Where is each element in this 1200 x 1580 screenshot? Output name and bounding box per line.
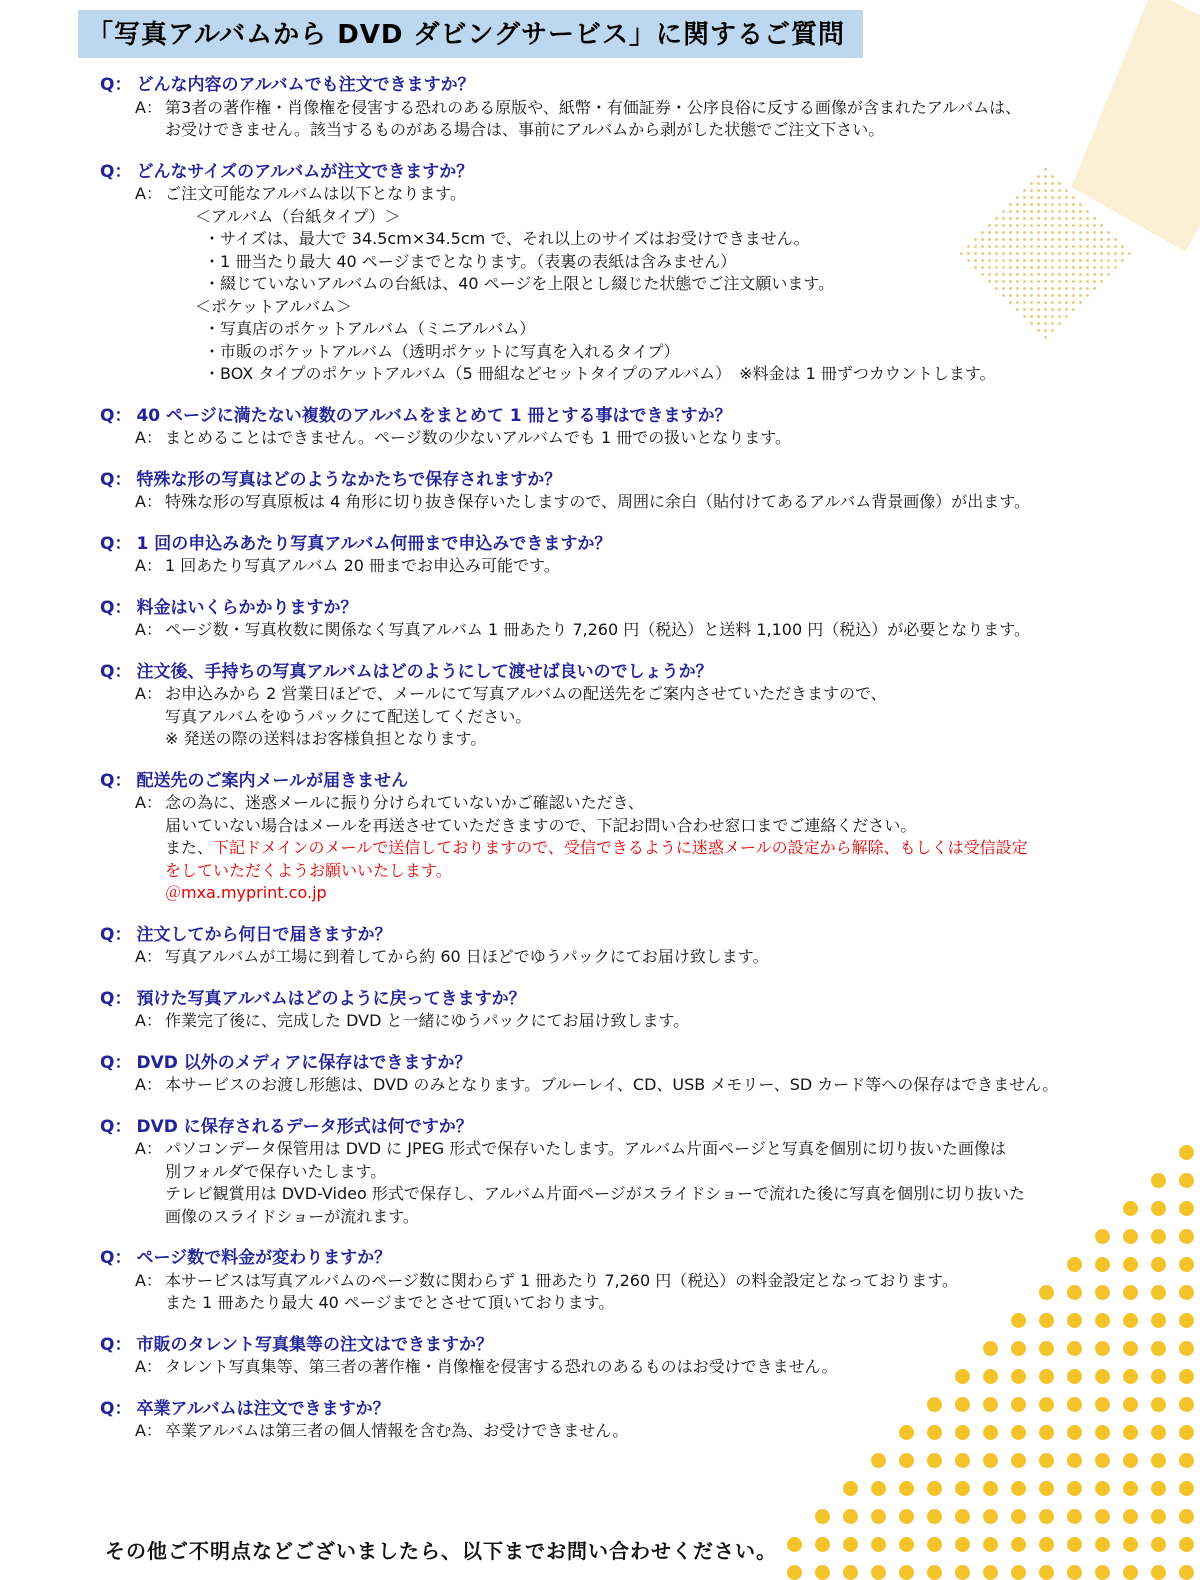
faq-block: Q：市販のタレント写真集等の注文はできますか？A：タレント写真集等、第三者の著作… xyxy=(100,1334,1190,1379)
answer-line: 写真アルバムをゆうパックにて配送してください。 xyxy=(100,706,1190,729)
faq-list: Q：どんな内容のアルバムでも注文できますか？A：第3者の著作権・肖像権を侵害する… xyxy=(100,74,1190,1564)
question-text: 特殊な形の写真はどのようなかたちで保存されますか？ xyxy=(136,470,561,490)
faq-block: Q：ページ数で料金が変わりますか？A：本サービスは写真アルバムのページ数に関わら… xyxy=(100,1247,1190,1315)
question-row: Q：配送先のご案内メールが届きません xyxy=(100,770,1190,793)
faq-block: Q：DVD に保存されるデータ形式は何ですか？A：パソコンデータ保管用は DVD… xyxy=(100,1116,1190,1229)
question-text: 料金はいくらかかりますか？ xyxy=(136,598,357,618)
answer-line: ・1 冊当たり最大 40 ページまでとなります。（表裏の表紙は含みません） xyxy=(100,251,1190,274)
answer-line: ・BOX タイプのポケットアルバム（5 冊組などセットタイプのアルバム） ※料金… xyxy=(100,363,1190,386)
answer-prefix: A： xyxy=(135,97,165,120)
answer-text: ・写真店のポケットアルバム（ミニアルバム） xyxy=(204,319,535,338)
question-prefix: Q： xyxy=(100,1053,131,1073)
question-prefix: Q： xyxy=(100,470,131,490)
answer-text: 念の為に、迷惑メールに振り分けられていないかご確認いただき、 xyxy=(165,793,644,812)
answer-text: 卒業アルバムは第三者の個人情報を含む為、お受けできません。 xyxy=(165,1421,628,1440)
answer-line: ※ 発送の際の送料はお客様負担となります。 xyxy=(100,728,1190,751)
question-row: Q：卒業アルバムは注文できますか？ xyxy=(100,1398,1190,1421)
faq-block: Q：DVD 以外のメディアに保存はできますか？A：本サービスのお渡し形態は、DV… xyxy=(100,1052,1190,1097)
footer-contact-note: その他ご不明点などございましたら、以下までお問い合わせください。 xyxy=(105,1535,1190,1564)
faq-block: Q：どんな内容のアルバムでも注文できますか？A：第3者の著作権・肖像権を侵害する… xyxy=(100,74,1190,142)
answer-text: 届いていない場合はメールを再送させていただきますので、下記お問い合わせ窓口までご… xyxy=(165,816,916,835)
answer-text: 画像のスライドショーが流れます。 xyxy=(165,1207,419,1226)
answer-prefix: A： xyxy=(135,183,165,206)
question-row: Q：預けた写真アルバムはどのように戻ってきますか？ xyxy=(100,988,1190,1011)
answer-text: お受けできません。該当するものがある場合は、事前にアルバムから剥がした状態でご注… xyxy=(165,120,884,139)
question-row: Q：注文後、手持ちの写真アルバムはどのようにして渡せば良いのでしょうか？ xyxy=(100,661,1190,684)
answer-line: ・サイズは、最大で 34.5cm×34.5cm で、それ以上のサイズはお受けでき… xyxy=(100,228,1190,251)
answer-text: ページ数・写真枚数に関係なく写真アルバム 1 冊あたり 7,260 円（税込）と… xyxy=(165,620,1030,639)
answer-prefix: A： xyxy=(135,619,165,642)
question-text: 1 回の申込みあたり写真アルバム何冊まで申込みできますか？ xyxy=(136,534,611,554)
answer-text: 特殊な形の写真原板は 4 角形に切り抜き保存いたしますので、周囲に余白（貼付けて… xyxy=(165,492,1030,511)
question-prefix: Q： xyxy=(100,598,131,618)
answer-prefix: A： xyxy=(135,1138,165,1161)
answer-line: A：特殊な形の写真原板は 4 角形に切り抜き保存いたしますので、周囲に余白（貼付… xyxy=(100,491,1190,514)
faq-block: Q：料金はいくらかかりますか？A：ページ数・写真枚数に関係なく写真アルバム 1 … xyxy=(100,597,1190,642)
answer-line: A：本サービスは写真アルバムのページ数に関わらず 1 冊あたり 7,260 円（… xyxy=(100,1270,1190,1293)
answer-text: 写真アルバムが工場に到着してから約 60 日ほどでゆうパックにてお届け致します。 xyxy=(165,947,769,966)
answer-text-red: ＠mxa.myprint.co.jp xyxy=(165,883,327,902)
faq-document-page: 「写真アルバムから DVD ダビングサービス」に関するご質問 Q：どんな内容のア… xyxy=(0,0,1200,1580)
faq-block: Q：預けた写真アルバムはどのように戻ってきますか？A：作業完了後に、完成した D… xyxy=(100,988,1190,1033)
answer-line: A：ページ数・写真枚数に関係なく写真アルバム 1 冊あたり 7,260 円（税込… xyxy=(100,619,1190,642)
answer-text-red: をしていただくようお願いいたします。 xyxy=(165,861,452,880)
answer-line: をしていただくようお願いいたします。 xyxy=(100,860,1190,883)
answer-text: ・綴じていないアルバムの台紙は、40 ページを上限とし綴じた状態でご注文願います… xyxy=(204,274,834,293)
answer-text: ご注文可能なアルバムは以下となります。 xyxy=(165,184,466,203)
answer-prefix: A： xyxy=(135,1010,165,1033)
answer-line: A：1 回あたり写真アルバム 20 冊までお申込み可能です。 xyxy=(100,555,1190,578)
question-row: Q：市販のタレント写真集等の注文はできますか？ xyxy=(100,1334,1190,1357)
question-row: Q：1 回の申込みあたり写真アルバム何冊まで申込みできますか？ xyxy=(100,533,1190,556)
answer-line: A：本サービスのお渡し形態は、DVD のみとなります。ブルーレイ、CD、USB … xyxy=(100,1074,1190,1097)
answer-text-red: 下記ドメインのメールで送信しておりますので、受信できるように迷惑メールの設定から… xyxy=(213,838,1028,857)
answer-prefix: A： xyxy=(135,1270,165,1293)
answer-line: お受けできません。該当するものがある場合は、事前にアルバムから剥がした状態でご注… xyxy=(100,119,1190,142)
question-text: 預けた写真アルバムはどのように戻ってきますか？ xyxy=(136,989,525,1009)
answer-line: A：まとめることはできません。ページ数の少ないアルバムでも 1 冊での扱いとなり… xyxy=(100,427,1190,450)
answer-prefix: A： xyxy=(135,1420,165,1443)
question-prefix: Q： xyxy=(100,406,131,426)
question-text: 配送先のご案内メールが届きません xyxy=(136,771,408,791)
answer-line: A：お申込みから 2 営業日ほどで、メールにて写真アルバムの配送先をご案内させて… xyxy=(100,683,1190,706)
answer-line: A：卒業アルバムは第三者の個人情報を含む為、お受けできません。 xyxy=(100,1420,1190,1443)
question-text: DVD 以外のメディアに保存はできますか？ xyxy=(136,1053,471,1073)
answer-text: お申込みから 2 営業日ほどで、メールにて写真アルバムの配送先をご案内させていた… xyxy=(165,684,887,703)
answer-prefix: A： xyxy=(135,792,165,815)
answer-text: ※ 発送の際の送料はお客様負担となります。 xyxy=(165,729,486,748)
answer-text: また、 xyxy=(165,838,213,857)
answer-line: ・市販のポケットアルバム（透明ポケットに写真を入れるタイプ） xyxy=(100,341,1190,364)
answer-text: 別フォルダで保存いたします。 xyxy=(165,1162,386,1181)
question-prefix: Q： xyxy=(100,771,131,791)
answer-text: パソコンデータ保管用は DVD に JPEG 形式で保存いたします。アルバム片面… xyxy=(165,1139,1006,1158)
question-prefix: Q： xyxy=(100,534,131,554)
answer-prefix: A： xyxy=(135,555,165,578)
answer-line: A：パソコンデータ保管用は DVD に JPEG 形式で保存いたします。アルバム… xyxy=(100,1138,1190,1161)
faq-block: Q：1 回の申込みあたり写真アルバム何冊まで申込みできますか？A：1 回あたり写… xyxy=(100,533,1190,578)
answer-line: ＜ポケットアルバム＞ xyxy=(100,296,1190,319)
answer-line: テレビ観賞用は DVD-Video 形式で保存し、アルバム片面ページがスライドシ… xyxy=(100,1183,1190,1206)
question-text: 注文後、手持ちの写真アルバムはどのようにして渡せば良いのでしょうか？ xyxy=(136,662,712,682)
answer-text: テレビ観賞用は DVD-Video 形式で保存し、アルバム片面ページがスライドシ… xyxy=(165,1184,1025,1203)
question-row: Q：ページ数で料金が変わりますか？ xyxy=(100,1247,1190,1270)
answer-text: 本サービスのお渡し形態は、DVD のみとなります。ブルーレイ、CD、USB メモ… xyxy=(165,1075,1058,1094)
answer-line: 届いていない場合はメールを再送させていただきますので、下記お問い合わせ窓口までご… xyxy=(100,815,1190,838)
question-prefix: Q： xyxy=(100,1335,131,1355)
faq-block: Q：注文後、手持ちの写真アルバムはどのようにして渡せば良いのでしょうか？A：お申… xyxy=(100,661,1190,751)
answer-text: ・サイズは、最大で 34.5cm×34.5cm で、それ以上のサイズはお受けでき… xyxy=(204,229,810,248)
answer-prefix: A： xyxy=(135,1356,165,1379)
answer-text: ＜ポケットアルバム＞ xyxy=(195,297,352,316)
question-prefix: Q： xyxy=(100,925,131,945)
question-row: Q：DVD に保存されるデータ形式は何ですか？ xyxy=(100,1116,1190,1139)
question-text: ページ数で料金が変わりますか？ xyxy=(136,1248,391,1268)
faq-block: Q：卒業アルバムは注文できますか？A：卒業アルバムは第三者の個人情報を含む為、お… xyxy=(100,1398,1190,1443)
faq-block: Q：40 ページに満たない複数のアルバムをまとめて 1 冊とする事はできますか？… xyxy=(100,405,1190,450)
answer-line: また 1 冊あたり最大 40 ページまでとさせて頂いております。 xyxy=(100,1292,1190,1315)
answer-prefix: A： xyxy=(135,427,165,450)
answer-text: タレント写真集等、第三者の著作権・肖像権を侵害する恐れのあるものはお受けできませ… xyxy=(165,1357,838,1376)
question-prefix: Q： xyxy=(100,989,131,1009)
faq-block: Q：配送先のご案内メールが届きませんA：念の為に、迷惑メールに振り分けられていな… xyxy=(100,770,1190,905)
question-text: DVD に保存されるデータ形式は何ですか？ xyxy=(136,1117,472,1137)
question-row: Q：どんなサイズのアルバムが注文できますか？ xyxy=(100,161,1190,184)
answer-prefix: A： xyxy=(135,1074,165,1097)
question-row: Q：DVD 以外のメディアに保存はできますか？ xyxy=(100,1052,1190,1075)
answer-line: A：第3者の著作権・肖像権を侵害する恐れのある原版や、紙幣・有価証券・公序良俗に… xyxy=(100,97,1190,120)
answer-text: また 1 冊あたり最大 40 ページまでとさせて頂いております。 xyxy=(165,1293,614,1312)
answer-text: ・BOX タイプのポケットアルバム（5 冊組などセットタイプのアルバム） ※料金… xyxy=(204,364,996,383)
question-prefix: Q： xyxy=(100,1399,131,1419)
answer-line: ・綴じていないアルバムの台紙は、40 ページを上限とし綴じた状態でご注文願います… xyxy=(100,273,1190,296)
answer-line: ＜アルバム（台紙タイプ）＞ xyxy=(100,206,1190,229)
question-row: Q：特殊な形の写真はどのようなかたちで保存されますか？ xyxy=(100,469,1190,492)
answer-text: 第3者の著作権・肖像権を侵害する恐れのある原版や、紙幣・有価証券・公序良俗に反す… xyxy=(165,98,1021,117)
answer-line: また、下記ドメインのメールで送信しておりますので、受信できるように迷惑メールの設… xyxy=(100,837,1190,860)
answer-line: 別フォルダで保存いたします。 xyxy=(100,1161,1190,1184)
faq-block: Q：注文してから何日で届きますか？A：写真アルバムが工場に到着してから約 60 … xyxy=(100,924,1190,969)
page-title: 「写真アルバムから DVD ダビングサービス」に関するご質問 xyxy=(78,10,863,58)
question-row: Q：注文してから何日で届きますか？ xyxy=(100,924,1190,947)
answer-prefix: A： xyxy=(135,683,165,706)
question-row: Q：40 ページに満たない複数のアルバムをまとめて 1 冊とする事はできますか？ xyxy=(100,405,1190,428)
question-prefix: Q： xyxy=(100,662,131,682)
answer-text: ・市販のポケットアルバム（透明ポケットに写真を入れるタイプ） xyxy=(204,342,680,361)
answer-prefix: A： xyxy=(135,946,165,969)
question-text: 40 ページに満たない複数のアルバムをまとめて 1 冊とする事はできますか？ xyxy=(136,406,731,426)
question-prefix: Q： xyxy=(100,75,131,95)
question-prefix: Q： xyxy=(100,1117,131,1137)
answer-text: 作業完了後に、完成した DVD と一緒にゆうパックにてお届け致します。 xyxy=(165,1011,689,1030)
answer-line: 画像のスライドショーが流れます。 xyxy=(100,1206,1190,1229)
answer-line: ＠mxa.myprint.co.jp xyxy=(100,882,1190,905)
answer-text: まとめることはできません。ページ数の少ないアルバムでも 1 冊での扱いとなります… xyxy=(165,428,791,447)
question-text: 市販のタレント写真集等の注文はできますか？ xyxy=(136,1335,493,1355)
faq-block: Q：どんなサイズのアルバムが注文できますか？A：ご注文可能なアルバムは以下となり… xyxy=(100,161,1190,386)
question-text: どんなサイズのアルバムが注文できますか？ xyxy=(136,162,473,182)
answer-line: A：念の為に、迷惑メールに振り分けられていないかご確認いただき、 xyxy=(100,792,1190,815)
question-prefix: Q： xyxy=(100,162,131,182)
question-text: 卒業アルバムは注文できますか？ xyxy=(136,1399,389,1419)
answer-text: ＜アルバム（台紙タイプ）＞ xyxy=(195,207,401,226)
answer-text: 本サービスは写真アルバムのページ数に関わらず 1 冊あたり 7,260 円（税込… xyxy=(165,1271,958,1290)
question-row: Q：料金はいくらかかりますか？ xyxy=(100,597,1190,620)
question-text: どんな内容のアルバムでも注文できますか？ xyxy=(136,75,474,95)
answer-text: ・1 冊当たり最大 40 ページまでとなります。（表裏の表紙は含みません） xyxy=(204,252,736,271)
answer-line: A：タレント写真集等、第三者の著作権・肖像権を侵害する恐れのあるものはお受けでき… xyxy=(100,1356,1190,1379)
answer-line: A：写真アルバムが工場に到着してから約 60 日ほどでゆうパックにてお届け致しま… xyxy=(100,946,1190,969)
answer-line: A：作業完了後に、完成した DVD と一緒にゆうパックにてお届け致します。 xyxy=(100,1010,1190,1033)
answer-text: 写真アルバムをゆうパックにて配送してください。 xyxy=(165,707,531,726)
answer-line: ・写真店のポケットアルバム（ミニアルバム） xyxy=(100,318,1190,341)
answer-line: A：ご注文可能なアルバムは以下となります。 xyxy=(100,183,1190,206)
answer-text: 1 回あたり写真アルバム 20 冊までお申込み可能です。 xyxy=(165,556,560,575)
answer-prefix: A： xyxy=(135,491,165,514)
question-text: 注文してから何日で届きますか？ xyxy=(136,925,391,945)
question-row: Q：どんな内容のアルバムでも注文できますか？ xyxy=(100,74,1190,97)
faq-block: Q：特殊な形の写真はどのようなかたちで保存されますか？A：特殊な形の写真原板は … xyxy=(100,469,1190,514)
question-prefix: Q： xyxy=(100,1248,131,1268)
